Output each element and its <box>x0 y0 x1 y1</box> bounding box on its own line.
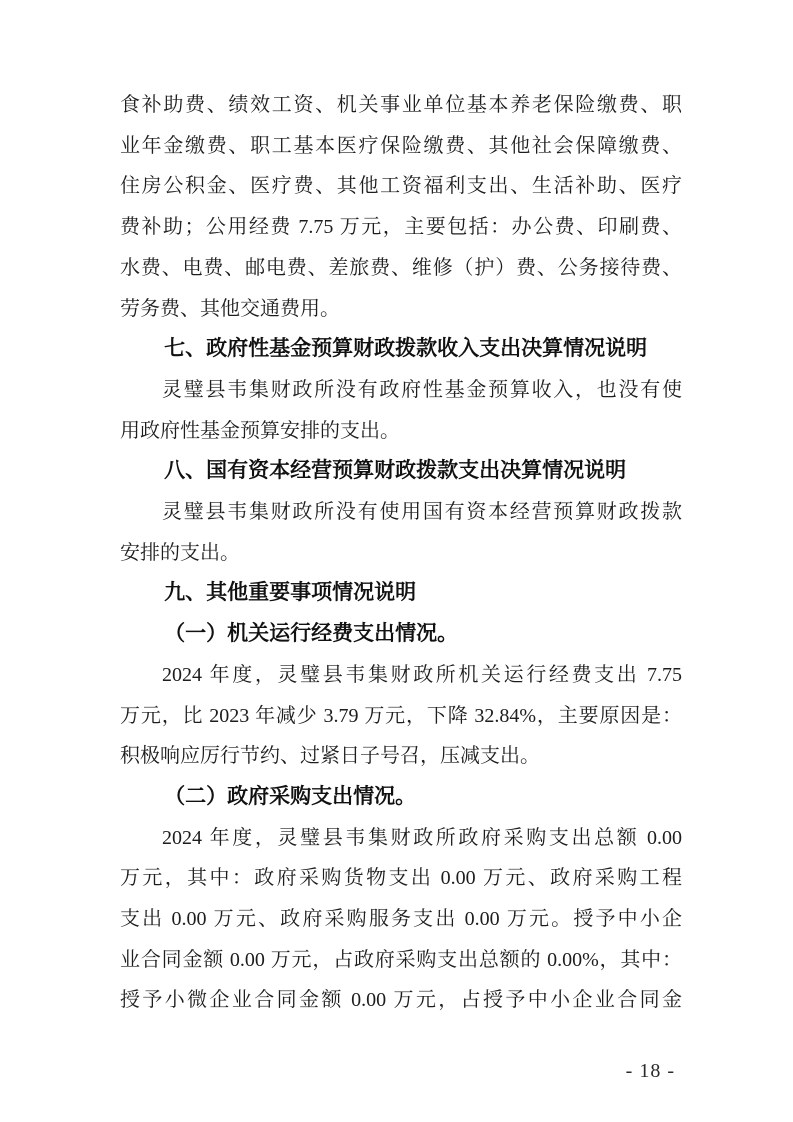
text-line: 2024 年度，灵璧县韦集财政所政府采购支出总额 0.00 <box>120 818 682 859</box>
text-line: 灵璧县韦集财政所没有使用国有资本经营预算财政拨款 <box>120 492 682 533</box>
page-number: - 18 - <box>626 1059 675 1083</box>
heading-section-9-other-matters: 九、其他重要事项情况说明 <box>120 573 682 614</box>
text-line: 积极响应厉行节约、过紧日子号召，压减支出。 <box>120 736 682 777</box>
heading-section-8-state-capital: 八、国有资本经营预算财政拨款支出决算情况说明 <box>120 451 682 492</box>
text-line: 万元，其中：政府采购货物支出 0.00 万元、政府采购工程 <box>120 858 682 899</box>
text-line: 食补助费、绩效工资、机关事业单位基本养老保险缴费、职 <box>120 85 682 126</box>
text-line: 安排的支出。 <box>120 533 682 574</box>
text-line: 费补助；公用经费 7.75 万元，主要包括：办公费、印刷费、 <box>120 207 682 248</box>
text-line: 业年金缴费、职工基本医疗保险缴费、其他社会保障缴费、 <box>120 126 682 167</box>
text-line: 水费、电费、邮电费、差旅费、维修（护）费、公务接待费、 <box>120 248 682 289</box>
text-line: 支出 0.00 万元、政府采购服务支出 0.00 万元。授予中小企 <box>120 899 682 940</box>
text-line: 用政府性基金预算安排的支出。 <box>120 411 682 452</box>
text-line: 2024 年度，灵璧县韦集财政所机关运行经费支出 7.75 <box>120 655 682 696</box>
page-number-text: - 18 - <box>626 1060 675 1082</box>
subheading-2-government-procurement: （二）政府采购支出情况。 <box>120 777 682 818</box>
text-line: 劳务费、其他交通费用。 <box>120 289 682 330</box>
text-line: 住房公积金、医疗费、其他工资福利支出、生活补助、医疗 <box>120 166 682 207</box>
document-body: 食补助费、绩效工资、机关事业单位基本养老保险缴费、职 业年金缴费、职工基本医疗保… <box>120 85 682 1021</box>
heading-section-7-government-funds: 七、政府性基金预算财政拨款收入支出决算情况说明 <box>120 329 682 370</box>
subheading-1-agency-operating-expense: （一）机关运行经费支出情况。 <box>120 614 682 655</box>
text-line: 业合同金额 0.00 万元，占政府采购支出总额的 0.00%，其中： <box>120 940 682 981</box>
text-line: 万元，比 2023 年减少 3.79 万元，下降 32.84%，主要原因是： <box>120 696 682 737</box>
text-line: 授予小微企业合同金额 0.00 万元，占授予中小企业合同金 <box>120 980 682 1021</box>
document-page: 食补助费、绩效工资、机关事业单位基本养老保险缴费、职 业年金缴费、职工基本医疗保… <box>0 0 793 1122</box>
text-line: 灵璧县韦集财政所没有政府性基金预算收入，也没有使 <box>120 370 682 411</box>
